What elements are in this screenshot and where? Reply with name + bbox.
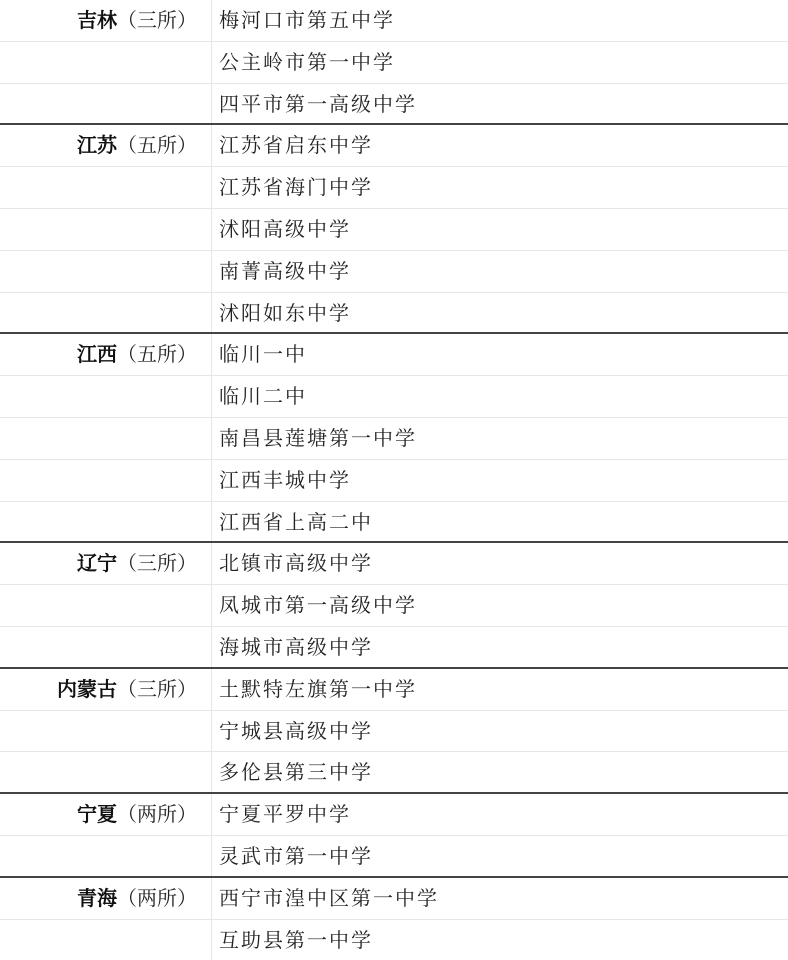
table-row: 内蒙古（三所）土默特左旗第一中学 — [0, 669, 788, 711]
province-name: 内蒙古 — [57, 677, 117, 701]
province-cell — [0, 585, 212, 626]
province-cell — [0, 418, 212, 459]
table-row: 江西省上高二中 — [0, 502, 788, 544]
province-cell — [0, 251, 212, 292]
school-count: （两所） — [117, 886, 197, 910]
table-row: 海城市高级中学 — [0, 627, 788, 669]
table-row: 沭阳高级中学 — [0, 209, 788, 251]
school-count: （三所） — [117, 551, 197, 575]
province-name: 辽宁 — [77, 551, 117, 575]
table-row: 江苏（五所）江苏省启东中学 — [0, 125, 788, 167]
table-row: 公主岭市第一中学 — [0, 42, 788, 84]
province-name: 江苏 — [77, 133, 117, 157]
table-row: 江苏省海门中学 — [0, 167, 788, 209]
school-name: 江西省上高二中 — [212, 502, 788, 542]
table-row: 南昌县莲塘第一中学 — [0, 418, 788, 460]
province-cell: 江西（五所） — [0, 334, 212, 375]
school-count: （两所） — [117, 802, 197, 826]
school-name: 互助县第一中学 — [212, 920, 788, 960]
school-name: 公主岭市第一中学 — [212, 42, 788, 83]
school-name: 西宁市湟中区第一中学 — [212, 878, 788, 919]
table-row: 四平市第一高级中学 — [0, 84, 788, 126]
province-cell: 青海（两所） — [0, 878, 212, 919]
school-name: 宁夏平罗中学 — [212, 794, 788, 835]
table-row: 凤城市第一高级中学 — [0, 585, 788, 627]
table-row: 沭阳如东中学 — [0, 293, 788, 335]
table-row: 互助县第一中学 — [0, 920, 788, 960]
school-name: 临川一中 — [212, 334, 788, 375]
table-row: 青海（两所）西宁市湟中区第一中学 — [0, 878, 788, 920]
province-cell — [0, 752, 212, 792]
school-name: 南菁高级中学 — [212, 251, 788, 292]
province-cell — [0, 209, 212, 250]
province-cell: 辽宁（三所） — [0, 543, 212, 584]
school-name: 宁城县高级中学 — [212, 711, 788, 752]
school-name: 多伦县第三中学 — [212, 752, 788, 792]
school-name: 北镇市高级中学 — [212, 543, 788, 584]
province-cell: 江苏（五所） — [0, 125, 212, 166]
table-row: 南菁高级中学 — [0, 251, 788, 293]
school-name: 梅河口市第五中学 — [212, 0, 788, 41]
province-cell — [0, 42, 212, 83]
school-name: 江苏省海门中学 — [212, 167, 788, 208]
school-name: 临川二中 — [212, 376, 788, 417]
school-name: 四平市第一高级中学 — [212, 84, 788, 124]
school-name: 凤城市第一高级中学 — [212, 585, 788, 626]
province-cell: 宁夏（两所） — [0, 794, 212, 835]
school-name: 南昌县莲塘第一中学 — [212, 418, 788, 459]
table-row: 灵武市第一中学 — [0, 836, 788, 878]
province-cell — [0, 711, 212, 752]
province-cell — [0, 627, 212, 667]
table-row: 临川二中 — [0, 376, 788, 418]
school-name: 土默特左旗第一中学 — [212, 669, 788, 710]
school-name: 江苏省启东中学 — [212, 125, 788, 166]
school-name: 江西丰城中学 — [212, 460, 788, 501]
province-cell — [0, 376, 212, 417]
province-name: 宁夏 — [77, 802, 117, 826]
province-cell — [0, 84, 212, 124]
school-count: （三所） — [117, 677, 197, 701]
province-name: 江西 — [77, 342, 117, 366]
province-cell — [0, 836, 212, 876]
province-cell — [0, 167, 212, 208]
school-count: （三所） — [117, 8, 197, 32]
school-name: 海城市高级中学 — [212, 627, 788, 667]
province-cell: 吉林（三所） — [0, 0, 212, 41]
school-name: 沭阳高级中学 — [212, 209, 788, 250]
province-name: 青海 — [77, 886, 117, 910]
province-cell — [0, 460, 212, 501]
province-cell: 内蒙古（三所） — [0, 669, 212, 710]
table-row: 吉林（三所）梅河口市第五中学 — [0, 0, 788, 42]
school-count: （五所） — [117, 342, 197, 366]
province-cell — [0, 502, 212, 542]
table-row: 江西（五所）临川一中 — [0, 334, 788, 376]
table-row: 江西丰城中学 — [0, 460, 788, 502]
table-row: 宁夏（两所）宁夏平罗中学 — [0, 794, 788, 836]
province-name: 吉林 — [77, 8, 117, 32]
school-table: 吉林（三所）梅河口市第五中学公主岭市第一中学四平市第一高级中学江苏（五所）江苏省… — [0, 0, 788, 960]
table-row: 辽宁（三所）北镇市高级中学 — [0, 543, 788, 585]
table-row: 多伦县第三中学 — [0, 752, 788, 794]
province-cell — [0, 920, 212, 960]
province-cell — [0, 293, 212, 333]
school-name: 沭阳如东中学 — [212, 293, 788, 333]
school-count: （五所） — [117, 133, 197, 157]
school-name: 灵武市第一中学 — [212, 836, 788, 876]
table-row: 宁城县高级中学 — [0, 711, 788, 753]
